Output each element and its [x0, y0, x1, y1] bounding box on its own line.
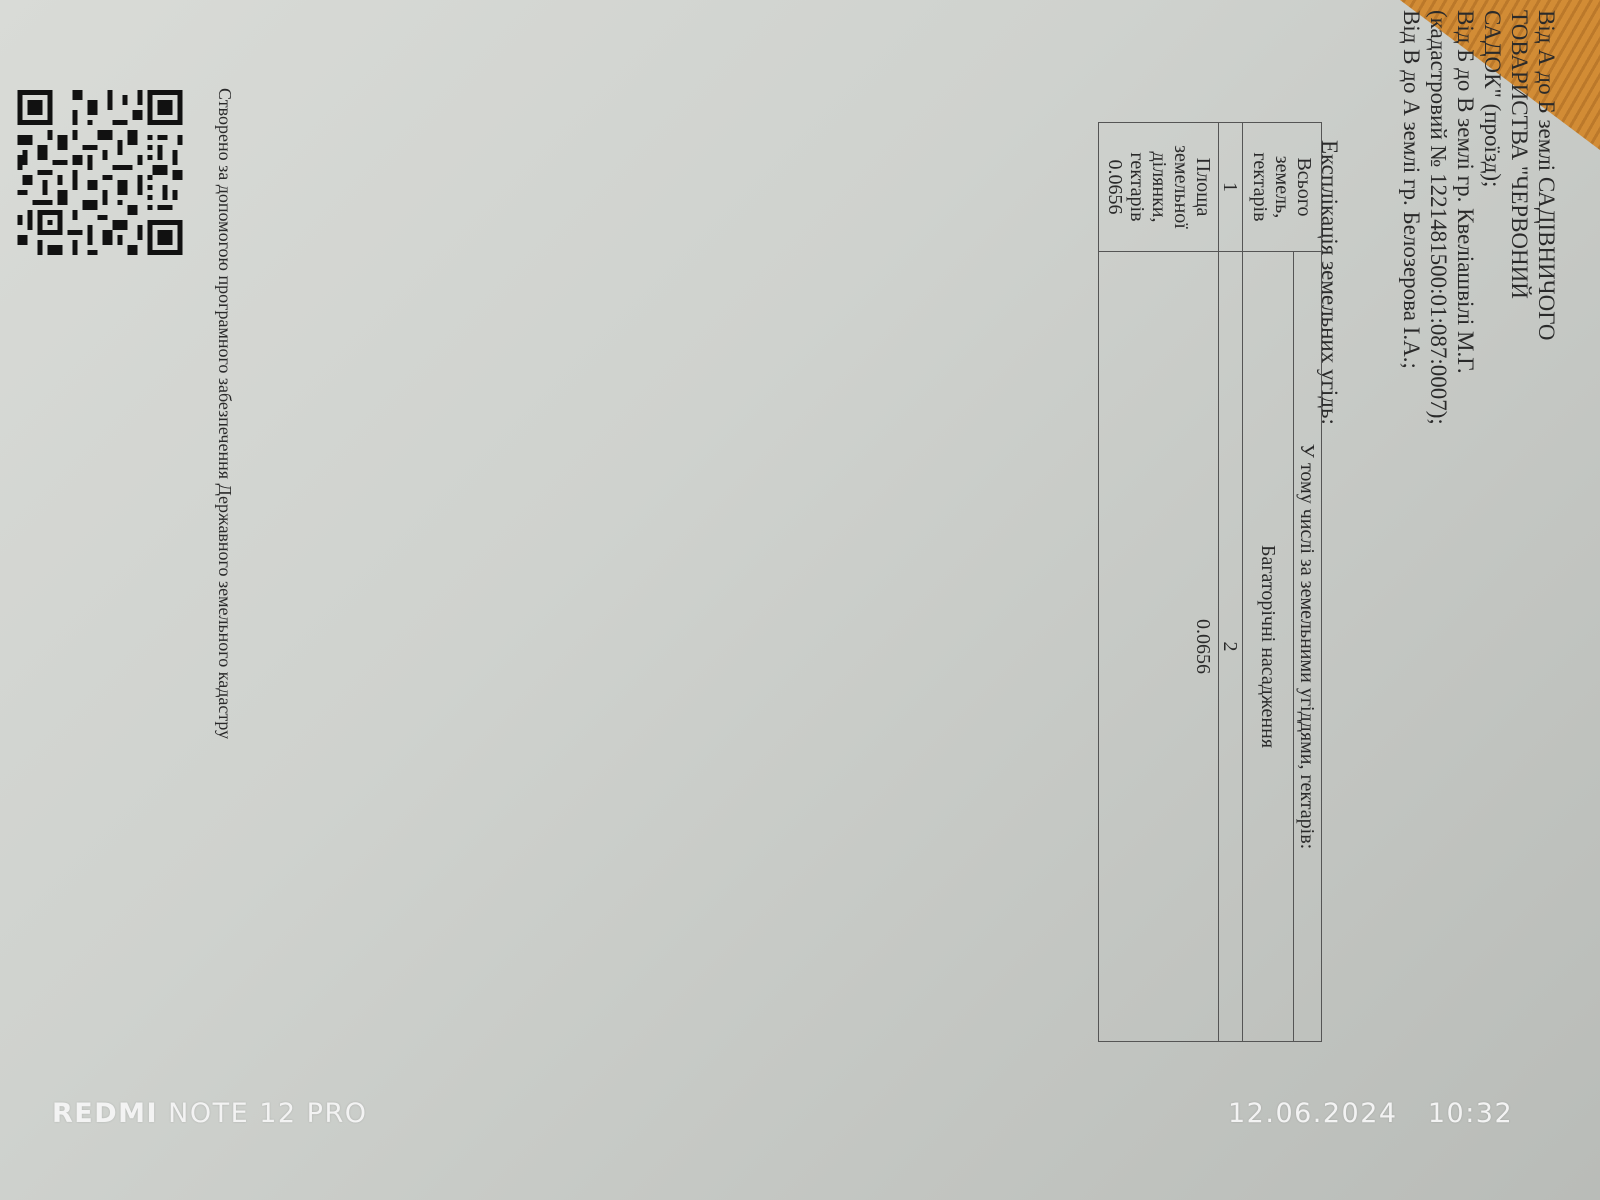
camera-brand: REDMI [52, 1098, 158, 1129]
header-perennial-plantings: Багаторічні насадження [1243, 252, 1294, 1042]
header-group: У тому числі за земельними угіддями, гек… [1293, 252, 1321, 1042]
boundary-line: Від Б до В землі гр. Квеліашвілі М.Г. [1452, 10, 1479, 710]
header-total: Всього земель, гектарів [1243, 123, 1322, 252]
column-number-1: 1 [1219, 123, 1243, 252]
land-explication-table: Всього земель, гектарів У тому числі за … [1098, 122, 1322, 1042]
boundary-description: Від А до Б землі САДІВНИЧОГО ТОВАРИСТВА … [1398, 10, 1560, 710]
total-area-value: 0.0656 [1104, 127, 1126, 247]
camera-watermark-model: REDMI NOTE 12 PRO [52, 1098, 367, 1129]
boundary-line: ТОВАРИСТВА "ЧЕРВОНИЙ [1506, 10, 1533, 710]
total-area-label: Площа земельної ділянки, гектарів [1126, 127, 1214, 247]
photo-time: 10:32 [1428, 1098, 1513, 1129]
column-number-2: 2 [1219, 252, 1243, 1042]
camera-watermark-timestamp: 12.06.2024 10:32 [1228, 1098, 1513, 1129]
cadastre-footer-note: Створено за допомогою програмного забезп… [214, 88, 235, 739]
boundary-line: Від В до А землі гр. Белозерова І.А.; [1398, 10, 1425, 710]
boundary-line: САДОК" (проїзд); [1479, 10, 1506, 710]
camera-model: NOTE 12 PRO [168, 1098, 367, 1129]
boundary-line: (кадастровий № 1221481500:01:087:0007); [1425, 10, 1452, 710]
perennial-area-value: 0.0656 [1099, 252, 1219, 1042]
total-area-cell: Площа земельної ділянки, гектарів 0.0656 [1099, 123, 1219, 252]
boundary-line: Від А до Б землі САДІВНИЧОГО [1533, 10, 1560, 710]
qr-code-icon [10, 90, 190, 255]
photo-date: 12.06.2024 [1228, 1098, 1398, 1129]
document-page: Від А до Б землі САДІВНИЧОГО ТОВАРИСТВА … [0, 0, 1600, 1200]
